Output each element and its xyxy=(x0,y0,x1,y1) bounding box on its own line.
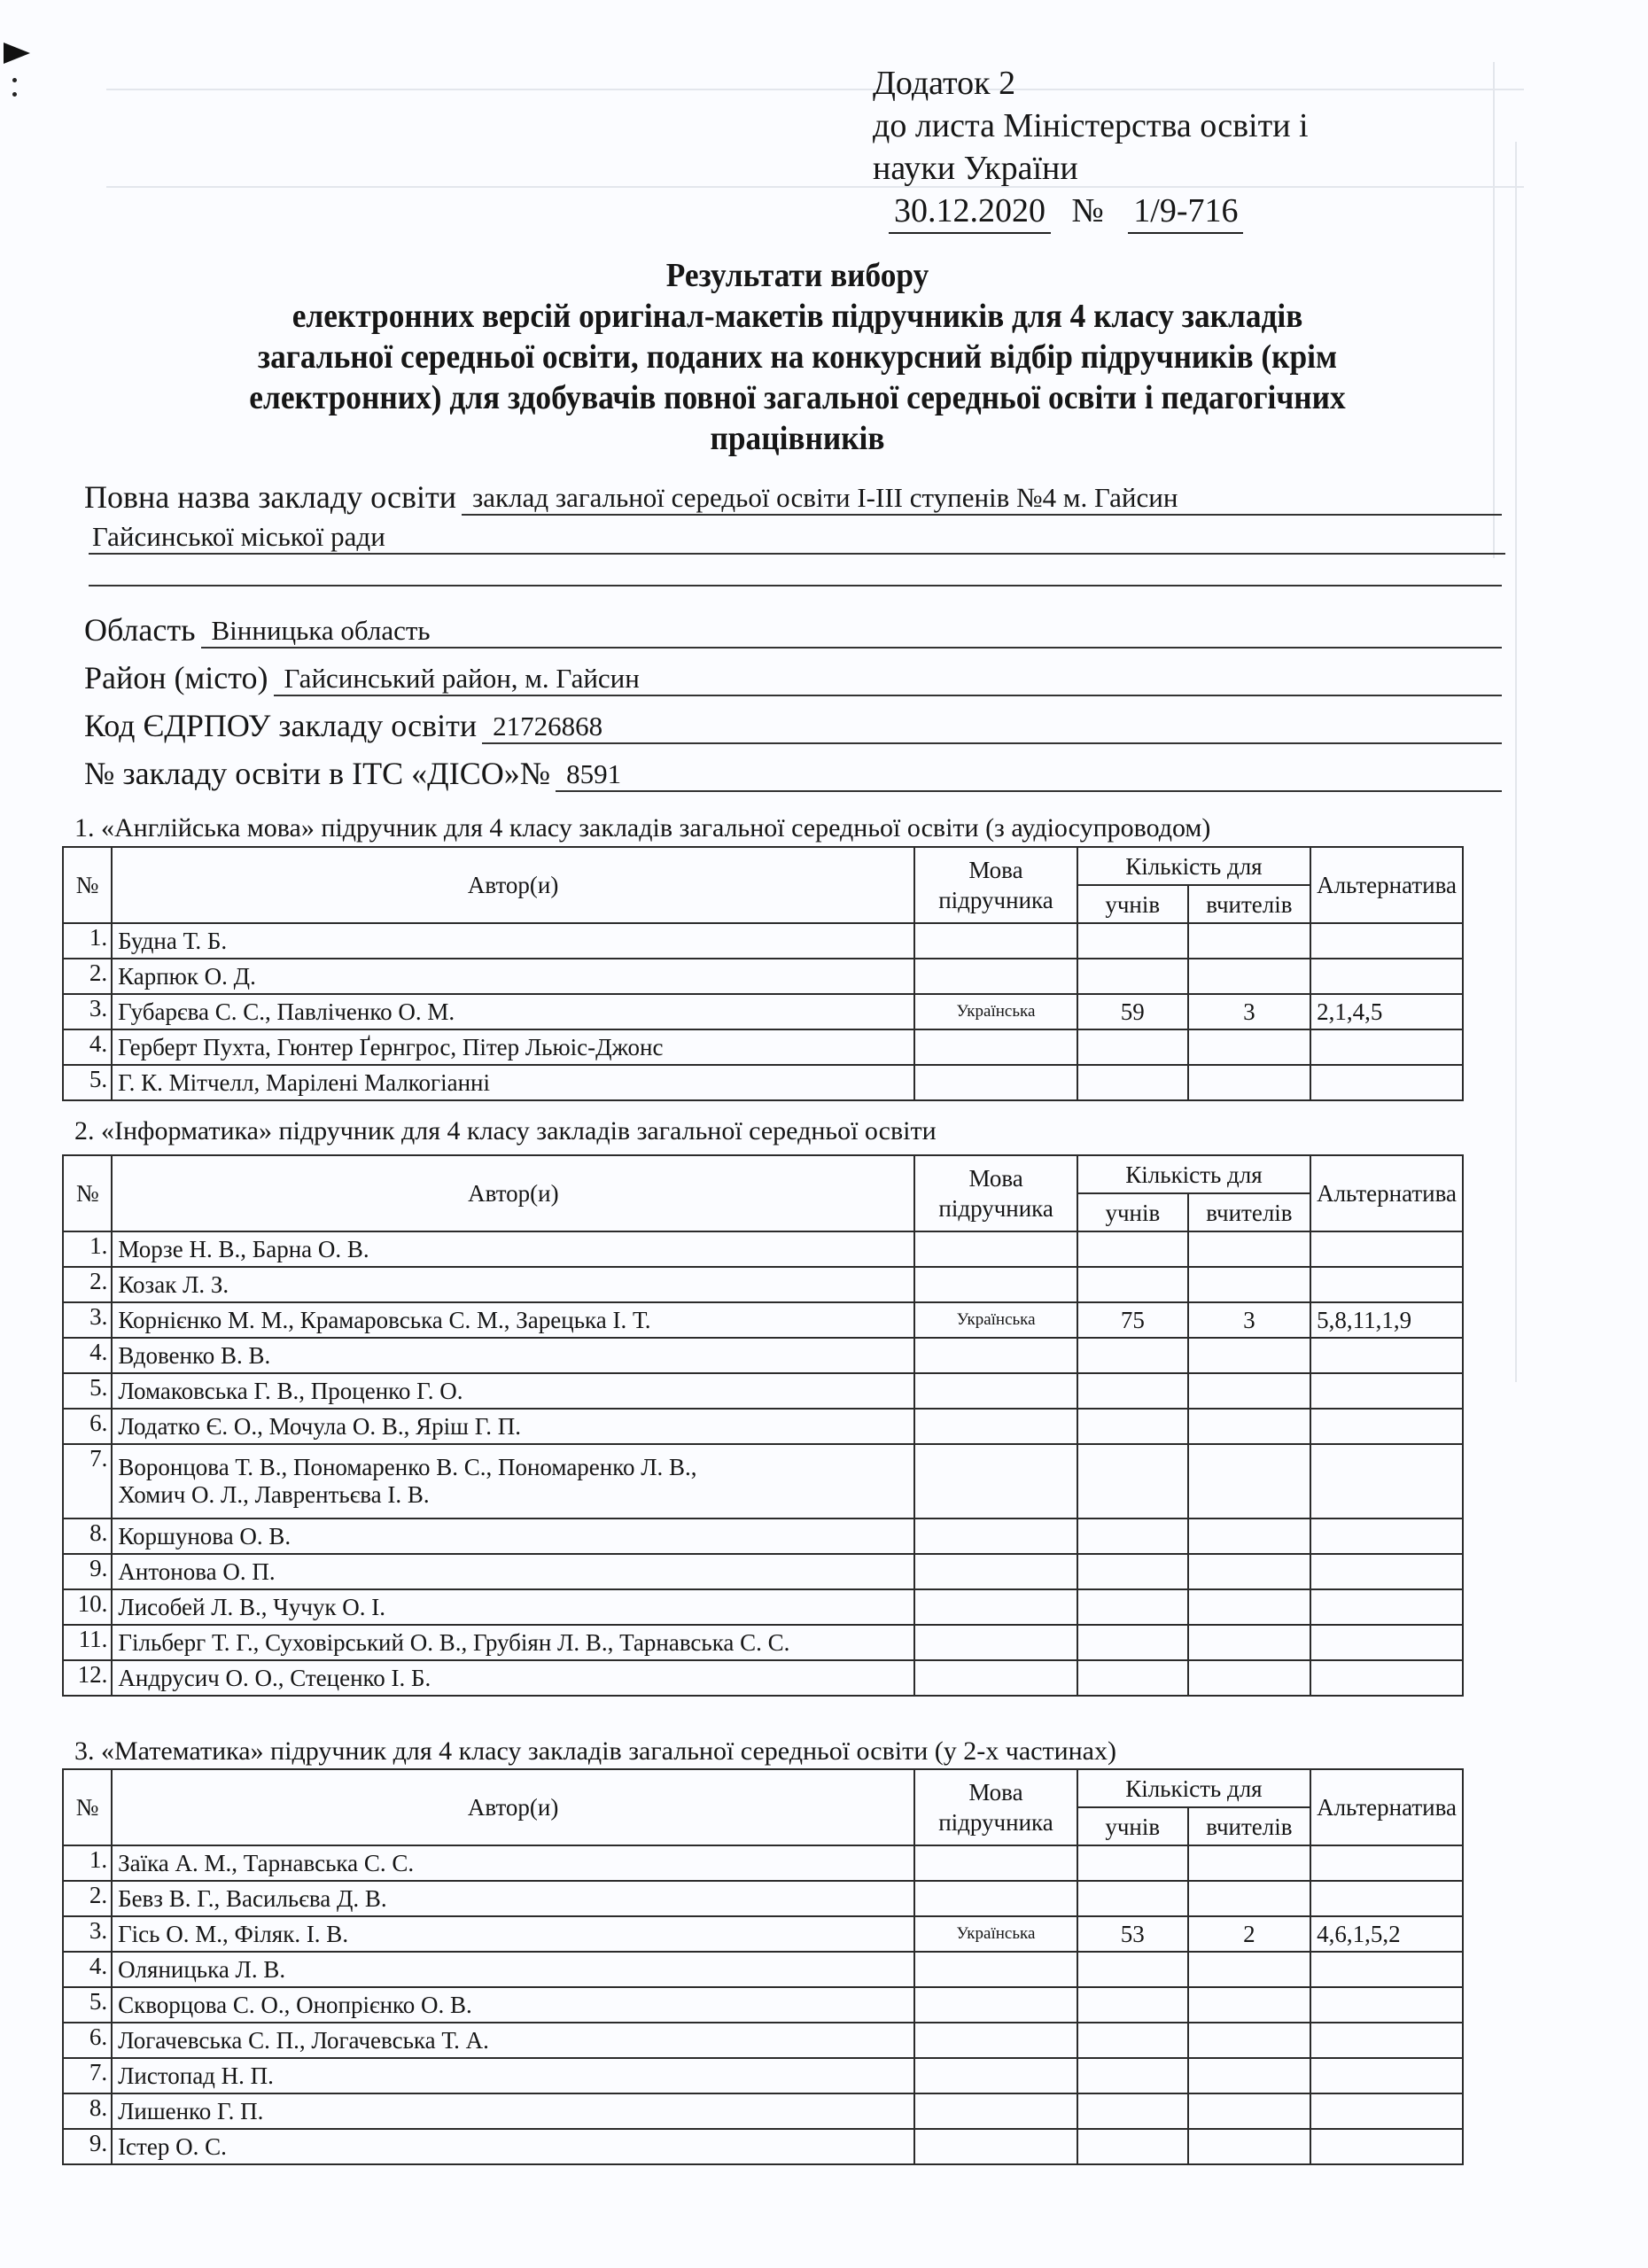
header-num: № xyxy=(63,847,112,923)
row-students-count xyxy=(1077,923,1188,959)
row-teachers-count xyxy=(1188,2093,1310,2129)
field-value: 21726868 xyxy=(482,711,1502,744)
scan-dot xyxy=(12,78,17,82)
header-authors: Автор(и) xyxy=(112,1769,914,1845)
header-alternative: Альтернатива xyxy=(1310,1155,1463,1231)
row-language xyxy=(914,1625,1077,1660)
row-number: 1. xyxy=(63,1231,112,1267)
header-students: учнів xyxy=(1077,1193,1188,1231)
header-teachers: вчителів xyxy=(1188,885,1310,923)
row-alternative xyxy=(1310,1987,1463,2023)
field-value: Вінницька область xyxy=(201,615,1503,649)
row-students-count xyxy=(1077,1987,1188,2023)
header-authors: Автор(и) xyxy=(112,847,914,923)
row-teachers-count xyxy=(1188,1625,1310,1660)
document-title: Результати вибору електронних версій ори… xyxy=(155,255,1441,459)
row-teachers-count xyxy=(1188,2058,1310,2093)
row-authors: Листопад Н. П. xyxy=(112,2058,914,2093)
row-language xyxy=(914,1518,1077,1554)
table-row: 7.Воронцова Т. В., Пономаренко В. С., По… xyxy=(63,1444,1463,1518)
row-alternative xyxy=(1310,2093,1463,2129)
header-language: Мовапідручника xyxy=(914,1155,1077,1231)
row-alternative xyxy=(1310,1338,1463,1373)
row-alternative xyxy=(1310,1589,1463,1625)
header-alternative: Альтернатива xyxy=(1310,847,1463,923)
bleed-through xyxy=(106,186,1524,188)
header-authors: Автор(и) xyxy=(112,1155,914,1231)
row-authors: Оляницька Л. В. xyxy=(112,1952,914,1987)
row-students-count xyxy=(1077,959,1188,994)
table-row: 5.Ломаковська Г. В., Проценко Г. О. xyxy=(63,1373,1463,1409)
row-authors: Коршунова О. В. xyxy=(112,1518,914,1554)
row-number: 4. xyxy=(63,1952,112,1987)
textbook-table: №Автор(и)МовапідручникаКількість дляАльт… xyxy=(62,1154,1464,1697)
header-alternative: Альтернатива xyxy=(1310,1769,1463,1845)
row-teachers-count: 2 xyxy=(1188,1916,1310,1952)
row-number: 5. xyxy=(63,1065,112,1100)
row-teachers-count xyxy=(1188,923,1310,959)
table-row: 3.Корнієнко М. М., Крамаровська С. М., З… xyxy=(63,1302,1463,1338)
addendum-line: Додаток 2 xyxy=(873,62,1309,105)
row-number: 2. xyxy=(63,959,112,994)
row-teachers-count xyxy=(1188,1518,1310,1554)
row-authors: Корнієнко М. М., Крамаровська С. М., Зар… xyxy=(112,1302,914,1338)
region-field: Область Вінницька область xyxy=(84,611,1502,649)
row-number: 3. xyxy=(63,1302,112,1338)
row-alternative xyxy=(1310,1231,1463,1267)
row-students-count: 75 xyxy=(1077,1302,1188,1338)
field-label: Повна назва закладу освіти xyxy=(84,478,456,516)
row-authors: Морзе Н. В., Барна О. В. xyxy=(112,1231,914,1267)
row-students-count xyxy=(1077,2058,1188,2093)
row-students-count: 59 xyxy=(1077,994,1188,1029)
row-authors: Герберт Пухта, Гюнтер Ґернгрос, Пітер Ль… xyxy=(112,1029,914,1065)
table-row: 2.Козак Л. З. xyxy=(63,1267,1463,1302)
row-authors: Істер О. С. xyxy=(112,2129,914,2164)
row-students-count xyxy=(1077,1952,1188,1987)
district-field: Район (місто) Гайсинський район, м. Гайс… xyxy=(84,659,1502,696)
table-row: 8.Коршунова О. В. xyxy=(63,1518,1463,1554)
row-number: 11. xyxy=(63,1625,112,1660)
row-authors: Козак Л. З. xyxy=(112,1267,914,1302)
section-title: 2. «Інформатика» підручник для 4 класу з… xyxy=(74,1116,937,1146)
scan-dot xyxy=(12,92,17,97)
row-language xyxy=(914,1231,1077,1267)
row-language: Українська xyxy=(914,1916,1077,1952)
row-authors: Гільберг Т. Г., Суховірський О. В., Груб… xyxy=(112,1625,914,1660)
row-alternative xyxy=(1310,2058,1463,2093)
table-row: 10.Лисобей Л. В., Чучук О. І. xyxy=(63,1589,1463,1625)
row-authors: Вдовенко В. В. xyxy=(112,1338,914,1373)
row-number: 10. xyxy=(63,1589,112,1625)
row-language xyxy=(914,923,1077,959)
row-number: 4. xyxy=(63,1029,112,1065)
row-alternative xyxy=(1310,1845,1463,1881)
addendum-block: Додаток 2 до листа Міністерства освіти і… xyxy=(873,62,1309,234)
row-students-count xyxy=(1077,1845,1188,1881)
row-language xyxy=(914,1029,1077,1065)
row-students-count: 53 xyxy=(1077,1916,1188,1952)
addendum-line: до листа Міністерства освіти і xyxy=(873,105,1309,147)
title-line: електронних версій оригінал-макетів підр… xyxy=(155,296,1441,337)
title-line: електронних) для здобувачів повної загал… xyxy=(155,377,1441,418)
header-num: № xyxy=(63,1769,112,1845)
title-line: загальної середньої освіти, поданих на к… xyxy=(155,337,1441,377)
row-alternative xyxy=(1310,2023,1463,2058)
row-students-count xyxy=(1077,1589,1188,1625)
row-authors: Ломаковська Г. В., Проценко Г. О. xyxy=(112,1373,914,1409)
row-teachers-count xyxy=(1188,1589,1310,1625)
row-language xyxy=(914,1987,1077,2023)
row-alternative: 4,6,1,5,2 xyxy=(1310,1916,1463,1952)
row-number: 8. xyxy=(63,1518,112,1554)
row-language xyxy=(914,1660,1077,1696)
row-alternative: 2,1,4,5 xyxy=(1310,994,1463,1029)
row-number: 2. xyxy=(63,1881,112,1916)
title-line: Результати вибору xyxy=(155,255,1441,296)
row-language xyxy=(914,1952,1077,1987)
table-row: 9.Антонова О. П. xyxy=(63,1554,1463,1589)
table-row: 1.Будна Т. Б. xyxy=(63,923,1463,959)
table-row: 5.Г. К. Мітчелл, Марілені Малкогіанні xyxy=(63,1065,1463,1100)
row-authors: Бевз В. Г., Васильєва Д. В. xyxy=(112,1881,914,1916)
row-number: 12. xyxy=(63,1660,112,1696)
row-authors: Губарєва С. С., Павліченко О. М. xyxy=(112,994,914,1029)
row-authors: Г. К. Мітчелл, Марілені Малкогіанні xyxy=(112,1065,914,1100)
number-sign: № xyxy=(1060,190,1104,232)
table-row: 6.Лодатко Є. О., Мочула О. В., Яріш Г. П… xyxy=(63,1409,1463,1444)
row-number: 3. xyxy=(63,994,112,1029)
row-teachers-count xyxy=(1188,1881,1310,1916)
table-row: 3.Губарєва С. С., Павліченко О. М.Україн… xyxy=(63,994,1463,1029)
row-students-count xyxy=(1077,1373,1188,1409)
row-number: 3. xyxy=(63,1916,112,1952)
row-language xyxy=(914,2023,1077,2058)
field-label: Код ЄДРПОУ закладу освіти xyxy=(84,707,477,744)
row-students-count xyxy=(1077,1554,1188,1589)
row-authors: Лисобей Л. В., Чучук О. І. xyxy=(112,1589,914,1625)
addendum-number: 1/9-716 xyxy=(1128,190,1243,234)
row-language: Українська xyxy=(914,994,1077,1029)
row-alternative xyxy=(1310,1881,1463,1916)
row-language xyxy=(914,2093,1077,2129)
header-language: Мовапідручника xyxy=(914,1769,1077,1845)
table-row: 12.Андрусич О. О., Стеценко І. Б. xyxy=(63,1660,1463,1696)
row-alternative xyxy=(1310,1554,1463,1589)
row-students-count xyxy=(1077,1029,1188,1065)
row-teachers-count xyxy=(1188,959,1310,994)
table-row: 4.Оляницька Л. В. xyxy=(63,1952,1463,1987)
row-number: 5. xyxy=(63,1987,112,2023)
row-students-count xyxy=(1077,1409,1188,1444)
row-authors: Андрусич О. О., Стеценко І. Б. xyxy=(112,1660,914,1696)
header-language: Мовапідручника xyxy=(914,847,1077,923)
row-number: 4. xyxy=(63,1338,112,1373)
textbook-table: №Автор(и)МовапідручникаКількість дляАльт… xyxy=(62,846,1464,1101)
row-teachers-count xyxy=(1188,1660,1310,1696)
row-number: 9. xyxy=(63,2129,112,2164)
row-alternative xyxy=(1310,1625,1463,1660)
row-teachers-count xyxy=(1188,1845,1310,1881)
row-alternative xyxy=(1310,959,1463,994)
row-number: 2. xyxy=(63,1267,112,1302)
row-authors: Лишенко Г. П. xyxy=(112,2093,914,2129)
row-language xyxy=(914,1065,1077,1100)
row-number: 9. xyxy=(63,1554,112,1589)
table-row: 7.Листопад Н. П. xyxy=(63,2058,1463,2093)
row-language xyxy=(914,1554,1077,1589)
row-number: 7. xyxy=(63,2058,112,2093)
row-language xyxy=(914,1881,1077,1916)
row-number: 1. xyxy=(63,923,112,959)
row-teachers-count xyxy=(1188,1952,1310,1987)
row-alternative xyxy=(1310,1267,1463,1302)
table-row: 4.Герберт Пухта, Гюнтер Ґернгрос, Пітер … xyxy=(63,1029,1463,1065)
row-teachers-count xyxy=(1188,1373,1310,1409)
row-teachers-count xyxy=(1188,1231,1310,1267)
row-number: 7. xyxy=(63,1444,112,1518)
table-row: 2.Карпюк О. Д. xyxy=(63,959,1463,994)
textbook-table: №Автор(и)МовапідручникаКількість дляАльт… xyxy=(62,1768,1464,2165)
row-alternative xyxy=(1310,1952,1463,1987)
row-authors: Карпюк О. Д. xyxy=(112,959,914,994)
row-students-count xyxy=(1077,1065,1188,1100)
row-language xyxy=(914,1373,1077,1409)
addendum-line: науки України xyxy=(873,147,1309,190)
section-title: 3. «Математика» підручник для 4 класу за… xyxy=(74,1736,1116,1767)
table-row: 4.Вдовенко В. В. xyxy=(63,1338,1463,1373)
bleed-through xyxy=(106,89,1524,90)
header-teachers: вчителів xyxy=(1188,1807,1310,1845)
row-teachers-count xyxy=(1188,1267,1310,1302)
blank-line xyxy=(89,585,1502,586)
scan-mark xyxy=(4,43,30,64)
header-quantity: Кількість для xyxy=(1077,1769,1310,1807)
row-language xyxy=(914,1589,1077,1625)
row-teachers-count xyxy=(1188,2129,1310,2164)
row-alternative xyxy=(1310,1409,1463,1444)
row-language xyxy=(914,1845,1077,1881)
row-number: 6. xyxy=(63,1409,112,1444)
bleed-through xyxy=(1515,142,1517,1382)
row-language: Українська xyxy=(914,1302,1077,1338)
edrpou-field: Код ЄДРПОУ закладу освіти 21726868 xyxy=(84,707,1502,744)
row-teachers-count xyxy=(1188,1409,1310,1444)
row-students-count xyxy=(1077,1444,1188,1518)
table-row: 11.Гільберг Т. Г., Суховірський О. В., Г… xyxy=(63,1625,1463,1660)
row-students-count xyxy=(1077,1518,1188,1554)
row-language xyxy=(914,1409,1077,1444)
row-authors: Скворцова С. О., Онопрієнко О. В. xyxy=(112,1987,914,2023)
header-num: № xyxy=(63,1155,112,1231)
row-alternative xyxy=(1310,1065,1463,1100)
field-value: Гайсинський район, м. Гайсин xyxy=(274,663,1502,696)
table-row: 1.Заїка А. М., Тарнавська С. С. xyxy=(63,1845,1463,1881)
row-students-count xyxy=(1077,1660,1188,1696)
row-teachers-count xyxy=(1188,1554,1310,1589)
row-students-count xyxy=(1077,1267,1188,1302)
row-teachers-count xyxy=(1188,1987,1310,2023)
row-number: 6. xyxy=(63,2023,112,2058)
row-alternative xyxy=(1310,1444,1463,1518)
addendum-date: 30.12.2020 xyxy=(889,190,1051,234)
row-students-count xyxy=(1077,2023,1188,2058)
row-authors: Будна Т. Б. xyxy=(112,923,914,959)
row-language xyxy=(914,1338,1077,1373)
row-number: 1. xyxy=(63,1845,112,1881)
field-value: заклад загальної середьої освіти І-ІІІ с… xyxy=(462,482,1502,516)
row-language xyxy=(914,959,1077,994)
row-students-count xyxy=(1077,1625,1188,1660)
row-authors: Гісь О. М., Філяк. І. В. xyxy=(112,1916,914,1952)
row-alternative xyxy=(1310,923,1463,959)
row-alternative xyxy=(1310,1373,1463,1409)
row-teachers-count xyxy=(1188,2023,1310,2058)
table-row: 9.Істер О. С. xyxy=(63,2129,1463,2164)
row-alternative xyxy=(1310,1660,1463,1696)
row-alternative: 5,8,11,1,9 xyxy=(1310,1302,1463,1338)
title-line: працівників xyxy=(155,418,1441,459)
row-authors: Логачевська С. П., Логачевська Т. А. xyxy=(112,2023,914,2058)
row-number: 8. xyxy=(63,2093,112,2129)
school-full-name-field: Повна назва закладу освіти заклад загаль… xyxy=(84,478,1502,516)
addendum-reference: 30.12.2020 № 1/9-716 xyxy=(889,190,1309,234)
row-students-count xyxy=(1077,2093,1188,2129)
row-students-count xyxy=(1077,1231,1188,1267)
itc-field: № закладу освіти в ІТС «ДІСО»№ 8591 xyxy=(84,755,1502,792)
header-quantity: Кількість для xyxy=(1077,1155,1310,1193)
row-language xyxy=(914,1444,1077,1518)
row-students-count xyxy=(1077,1881,1188,1916)
table-row: 8.Лишенко Г. П. xyxy=(63,2093,1463,2129)
header-teachers: вчителів xyxy=(1188,1193,1310,1231)
table-row: 5.Скворцова С. О., Онопрієнко О. В. xyxy=(63,1987,1463,2023)
header-students: учнів xyxy=(1077,885,1188,923)
row-language xyxy=(914,1267,1077,1302)
row-students-count xyxy=(1077,1338,1188,1373)
row-teachers-count xyxy=(1188,1444,1310,1518)
row-authors: Антонова О. П. xyxy=(112,1554,914,1589)
field-label: Область xyxy=(84,611,196,649)
table-row: 2.Бевз В. Г., Васильєва Д. В. xyxy=(63,1881,1463,1916)
row-teachers-count xyxy=(1188,1338,1310,1373)
table-row: 1.Морзе Н. В., Барна О. В. xyxy=(63,1231,1463,1267)
header-students: учнів xyxy=(1077,1807,1188,1845)
field-value: 8591 xyxy=(556,758,1502,792)
row-language xyxy=(914,2129,1077,2164)
table-row: 6.Логачевська С. П., Логачевська Т. А. xyxy=(63,2023,1463,2058)
school-full-name-continuation: Гайсинської міської ради xyxy=(89,521,1505,555)
row-number: 5. xyxy=(63,1373,112,1409)
section-title: 1. «Англійська мова» підручник для 4 кла… xyxy=(74,813,1210,843)
row-alternative xyxy=(1310,2129,1463,2164)
field-label: № закладу освіти в ІТС «ДІСО»№ xyxy=(84,755,550,792)
table-row: 3.Гісь О. М., Філяк. І. В.Українська5324… xyxy=(63,1916,1463,1952)
header-quantity: Кількість для xyxy=(1077,847,1310,885)
row-authors: Заїка А. М., Тарнавська С. С. xyxy=(112,1845,914,1881)
row-authors: Воронцова Т. В., Пономаренко В. С., Поно… xyxy=(112,1444,914,1518)
row-alternative xyxy=(1310,1029,1463,1065)
row-students-count xyxy=(1077,2129,1188,2164)
row-authors: Лодатко Є. О., Мочула О. В., Яріш Г. П. xyxy=(112,1409,914,1444)
row-teachers-count: 3 xyxy=(1188,1302,1310,1338)
row-language xyxy=(914,2058,1077,2093)
row-teachers-count: 3 xyxy=(1188,994,1310,1029)
row-teachers-count xyxy=(1188,1029,1310,1065)
row-teachers-count xyxy=(1188,1065,1310,1100)
field-label: Район (місто) xyxy=(84,659,268,696)
row-alternative xyxy=(1310,1518,1463,1554)
